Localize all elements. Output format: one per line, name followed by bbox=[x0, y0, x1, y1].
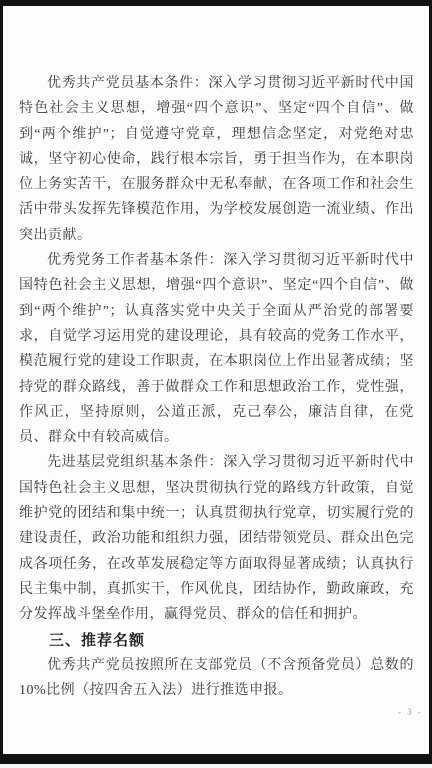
paragraph-excellent-party-member-criteria: 优秀共产党员基本条件：深入学习贯彻习近平新时代中国特色社会主义思想，增强“四个意… bbox=[19, 71, 414, 248]
section-heading-recommendation-quota: 三、推荐名额 bbox=[19, 628, 414, 653]
page-number: - 3 - bbox=[398, 707, 423, 717]
paragraph-quota-rule: 优秀共产党员按照所在支部党员（不含预备党员）总数的10%比例（按四舍五入法）进行… bbox=[19, 653, 414, 704]
paragraph-advanced-grassroots-org-criteria: 先进基层党组织基本条件：深入学习贯彻习近平新时代中国特色社会主义思想，坚决贯彻执… bbox=[19, 450, 414, 627]
document-viewer: 优秀共产党员基本条件：深入学习贯彻习近平新时代中国特色社会主义思想，增强“四个意… bbox=[0, 0, 432, 768]
next-page-edge bbox=[0, 764, 432, 768]
document-page: 优秀共产党员基本条件：深入学习贯彻习近平新时代中国特色社会主义思想，增强“四个意… bbox=[3, 6, 429, 754]
document-body: 优秀共产党员基本条件：深入学习贯彻习近平新时代中国特色社会主义思想，增强“四个意… bbox=[19, 71, 414, 703]
paragraph-party-affairs-worker-criteria: 优秀党务工作者基本条件：深入学习贯彻习近平新时代中国特色社会主义思想，增强“四个… bbox=[19, 248, 414, 450]
